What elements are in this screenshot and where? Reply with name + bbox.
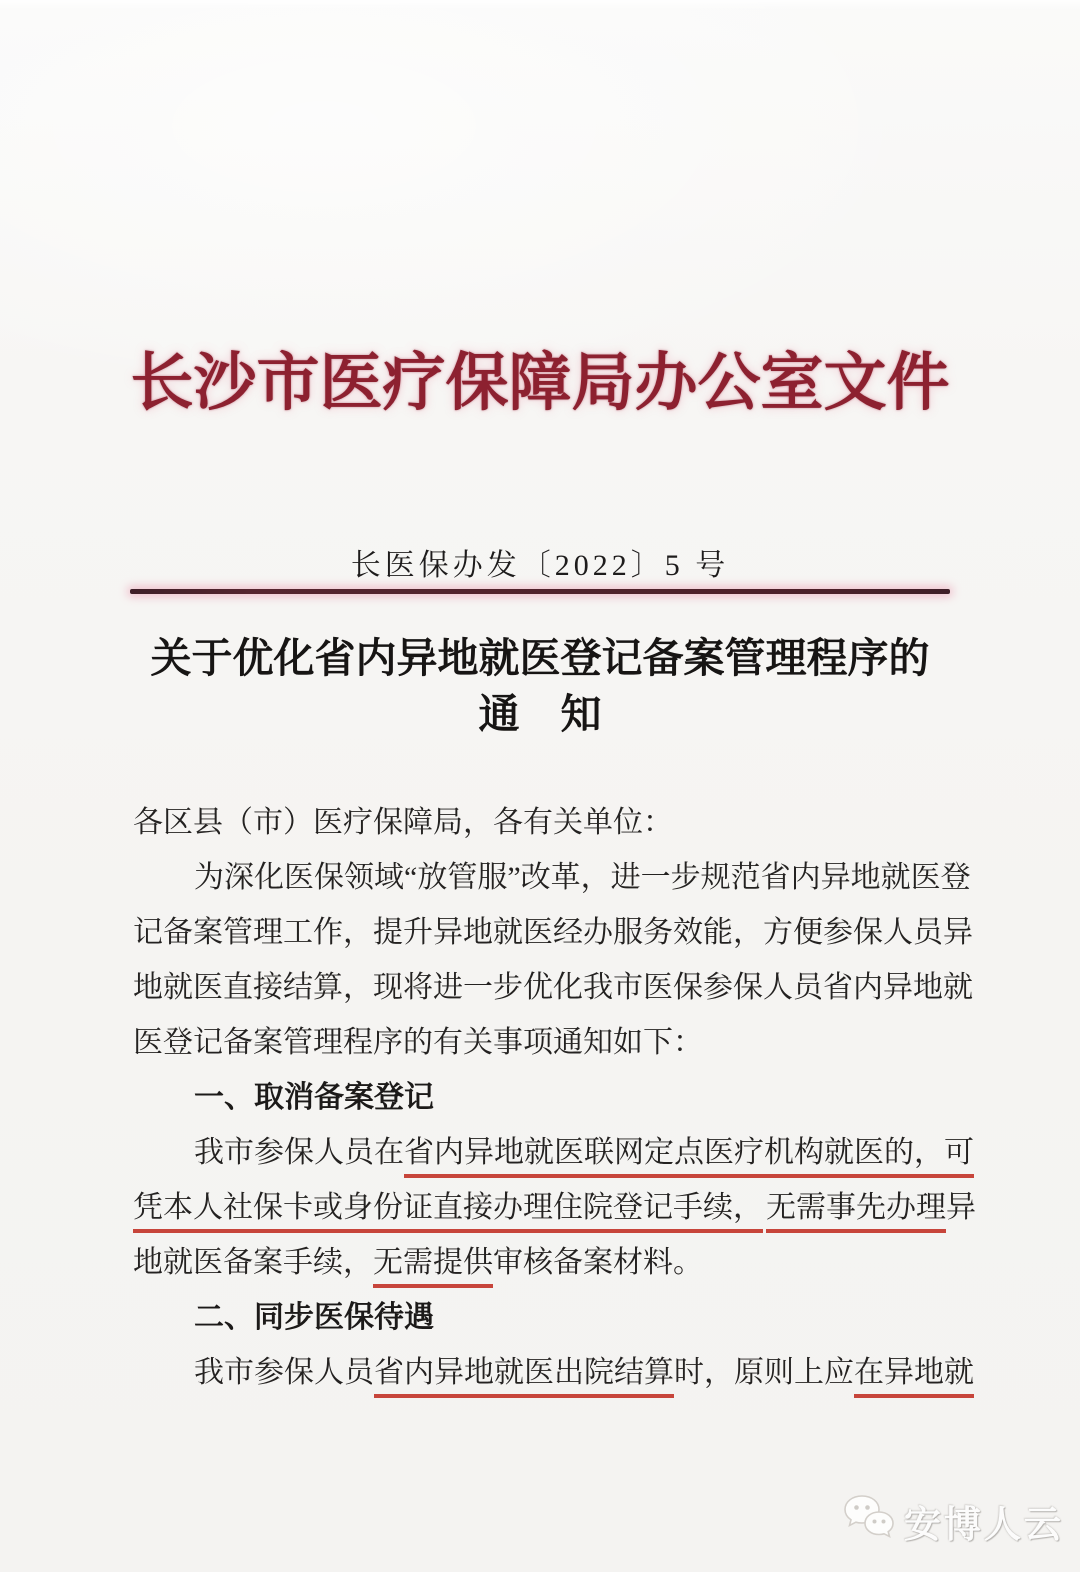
notice-title-line2: 通 知 <box>0 686 1080 742</box>
salutation-line: 各区县（市）医疗保障局，各有关单位： <box>133 795 985 850</box>
body-line: 医登记备案管理程序的有关事项通知如下： <box>133 1015 985 1070</box>
text-segment: 地就医直接结算，现将进一步优化我市医保参保人员省内异地就 <box>133 971 973 1004</box>
underlined-text: 无需事先办理 <box>766 1191 946 1233</box>
underlined-text: 省内异地就医联网定点医疗机构就医的，可 <box>404 1136 974 1178</box>
notice-title: 关于优化省内异地就医登记备案管理程序的 通 知 <box>0 630 1080 742</box>
underlined-text: 省内异地就医出院结算 <box>374 1356 674 1398</box>
wechat-icon <box>839 1489 897 1552</box>
text-segment: 为深化医保领域“放管服”改革，进一步规范省内异地就医登 <box>194 861 971 894</box>
body-line: 我市参保人员在省内异地就医联网定点医疗机构就医的，可 <box>133 1125 985 1180</box>
body-lines: 为深化医保领域“放管服”改革，进一步规范省内异地就医登记备案管理工作，提升异地就… <box>133 850 985 1400</box>
text-segment: 地就医备案手续， <box>133 1246 373 1279</box>
underlined-text: 无需提供 <box>373 1246 493 1288</box>
red-divider-rule <box>130 589 950 594</box>
text-segment: 时，原则上应 <box>674 1356 854 1389</box>
underlined-text: 凭本人社保卡或身份证直接办理住院登记手续， <box>133 1191 763 1233</box>
section-heading: 一、取消备案登记 <box>133 1070 985 1125</box>
document-number: 长医保办发〔2022〕5 号 <box>0 540 1080 584</box>
body-line: 记备案管理工作，提升异地就医经办服务效能，方便参保人员异 <box>133 905 985 960</box>
document-page: 长沙市医疗保障局办公室文件 长医保办发〔2022〕5 号 关于优化省内异地就医登… <box>0 0 1080 1572</box>
watermark: 安博人云 <box>839 1489 1064 1552</box>
text-segment: 我市参保人员 <box>194 1356 374 1389</box>
body-line: 凭本人社保卡或身份证直接办理住院登记手续，无需事先办理异 <box>133 1180 985 1235</box>
notice-title-line1: 关于优化省内异地就医登记备案管理程序的 <box>0 630 1080 686</box>
notice-body: 各区县（市）医疗保障局，各有关单位： 为深化医保领域“放管服”改革，进一步规范省… <box>133 795 985 1400</box>
text-segment: 医登记备案管理程序的有关事项通知如下： <box>133 1026 703 1059</box>
text-segment: 异 <box>946 1191 976 1224</box>
body-line: 地就医备案手续，无需提供审核备案材料。 <box>133 1235 985 1290</box>
section-heading: 二、同步医保待遇 <box>133 1290 985 1345</box>
text-segment: 二、同步医保待遇 <box>194 1301 434 1334</box>
agency-header-title: 长沙市医疗保障局办公室文件 <box>0 332 1080 423</box>
body-line: 我市参保人员省内异地就医出院结算时，原则上应在异地就 <box>133 1345 985 1400</box>
text-segment: 我市参保人员在 <box>194 1136 404 1169</box>
watermark-label: 安博人云 <box>904 1494 1064 1548</box>
underlined-text: 在异地就 <box>854 1356 974 1398</box>
text-segment: 记备案管理工作，提升异地就医经办服务效能，方便参保人员异 <box>133 916 973 949</box>
text-segment: 一、取消备案登记 <box>194 1081 434 1114</box>
body-line: 为深化医保领域“放管服”改革，进一步规范省内异地就医登 <box>133 850 985 905</box>
body-line: 地就医直接结算，现将进一步优化我市医保参保人员省内异地就 <box>133 960 985 1015</box>
text-segment: 审核备案材料。 <box>493 1246 703 1279</box>
